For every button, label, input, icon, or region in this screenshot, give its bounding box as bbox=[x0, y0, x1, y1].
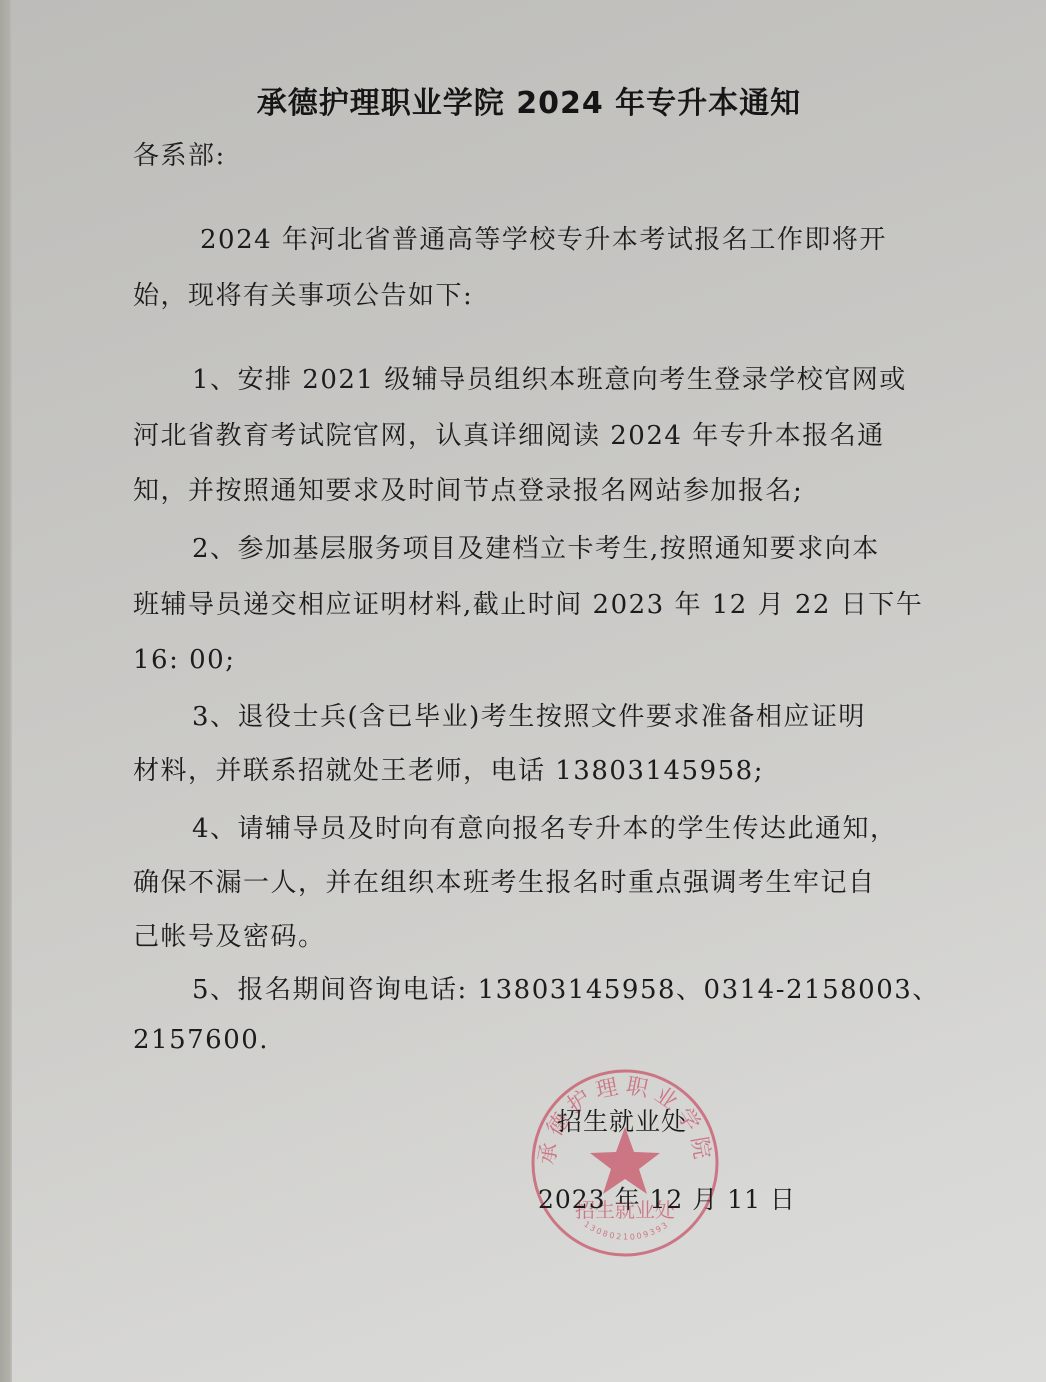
item-line: 班辅导员递交相应证明材料,截止时间 2023 年 12 月 22 日下午 bbox=[133, 589, 923, 621]
signature-date: 2023 年 12 月 11 日 bbox=[538, 1180, 796, 1216]
item-line: 16: 00; bbox=[133, 644, 235, 676]
item-line: 3、退役士兵(含已毕业)考生按照文件要求准备相应证明 bbox=[192, 701, 866, 733]
item-line: 1、安排 2021 级辅导员组织本班意向考生登录学校官网或 bbox=[192, 364, 907, 396]
seal-serial-number: 1308021009393 bbox=[582, 1220, 671, 1242]
item-line: 材料，并联系招就处王老师，电话 13803145958; bbox=[133, 755, 764, 787]
item-line: 2157600. bbox=[133, 1024, 269, 1056]
intro-line: 2024 年河北省普通高等学校专升本考试报名工作即将开 bbox=[200, 224, 887, 256]
page-left-edge-shadow bbox=[0, 0, 12, 1382]
item-line: 己帐号及密码。 bbox=[133, 921, 326, 953]
item-line: 知，并按照通知要求及时间节点登录报名网站参加报名; bbox=[133, 475, 803, 507]
intro-line: 始，现将有关事项公告如下: bbox=[133, 280, 473, 312]
item-line: 4、请辅导员及时向有意向报名专升本的学生传达此通知， bbox=[192, 813, 898, 845]
document-title: 承德护理职业学院 2024 年专升本通知 bbox=[12, 78, 1046, 122]
item-line: 河北省教育考试院官网，认真详细阅读 2024 年专升本报名通 bbox=[133, 420, 885, 452]
item-line: 2、参加基层服务项目及建档立卡考生,按照通知要求向本 bbox=[192, 533, 880, 565]
salutation: 各系部: bbox=[133, 140, 226, 172]
item-line: 确保不漏一人，并在组织本班考生报名时重点强调考生牢记自 bbox=[133, 867, 876, 899]
signature-office: 招生就业处 bbox=[557, 1102, 687, 1138]
notice-document: 承德护理职业学院 2024 年专升本通知 各系部: 2024 年河北省普通高等学… bbox=[12, 0, 1046, 1382]
item-line: 5、报名期间咨询电话: 13803145958、0314-2158003、 bbox=[192, 974, 940, 1006]
official-seal-stamp: 承德护理职业学院 招生就业处 1308021009393 bbox=[529, 1067, 721, 1259]
